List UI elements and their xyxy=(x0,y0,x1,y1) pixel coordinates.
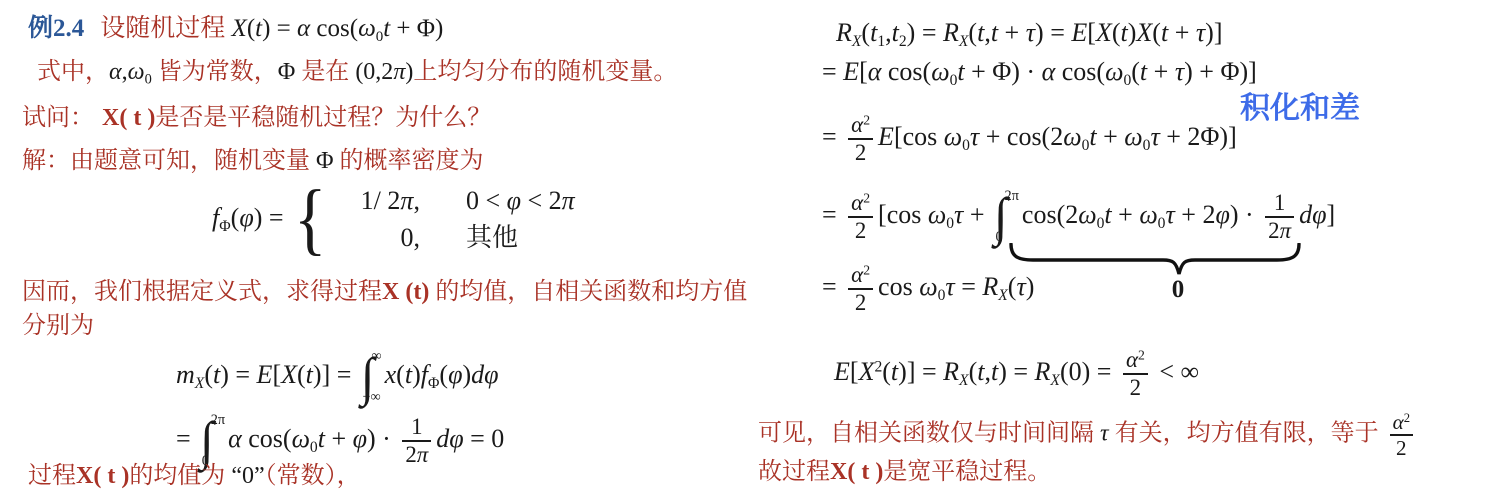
integral-sign: ∫ xyxy=(200,420,214,463)
math-token: R xyxy=(836,18,852,47)
math-token: t xyxy=(1104,200,1111,229)
math-token: φ xyxy=(448,360,462,389)
math-token: (0,2 xyxy=(355,59,393,85)
line-conclusion-observation: 可见，自相关函数仅与时间间隔 τ 有关，均方值有限，等于 α22 xyxy=(758,411,1418,459)
math-token: t xyxy=(1120,18,1127,47)
math-token: R xyxy=(943,18,959,47)
math-token: ( xyxy=(396,360,405,389)
math-token: φ xyxy=(1215,200,1229,229)
text-run: X (t) xyxy=(382,279,429,305)
text-run: 的均值为 xyxy=(129,463,231,489)
math-token: t xyxy=(405,360,412,389)
math-token: t xyxy=(957,57,964,86)
math-token: X xyxy=(195,375,205,392)
math-token: cos(2 xyxy=(1022,200,1078,229)
math-token: 0 xyxy=(946,215,954,232)
math-token: (0) = xyxy=(1060,357,1118,386)
math-token: ω xyxy=(1063,122,1081,151)
math-token: 1 xyxy=(411,414,422,439)
math-token: cos( xyxy=(310,15,358,42)
math-token: Φ xyxy=(219,218,230,235)
math-token: φ xyxy=(507,186,521,215)
math-token: ω xyxy=(128,59,145,85)
math-token: 2 xyxy=(899,33,907,50)
math-token: + xyxy=(325,424,353,453)
math-token: )] xyxy=(1205,18,1222,47)
math-token: ) xyxy=(462,360,471,389)
math-token: α xyxy=(228,424,242,453)
math-token: + 2Φ)] xyxy=(1160,122,1237,151)
math-token: α xyxy=(109,59,122,85)
math-token: + xyxy=(1168,18,1196,47)
math-token: + xyxy=(963,200,991,229)
math-token: ω xyxy=(1139,200,1157,229)
math-token: dφ xyxy=(471,360,498,389)
text-run: 是宽平稳过程。 xyxy=(883,459,1051,485)
math-token: 0 xyxy=(310,439,318,456)
math-token: ) = xyxy=(220,360,256,389)
math-token: α xyxy=(1393,410,1404,434)
math-token: α xyxy=(1042,57,1056,86)
math-token: cos( xyxy=(242,424,292,453)
math-token: X xyxy=(998,287,1008,304)
math-token: 2 xyxy=(863,112,870,127)
text-run: 设随机过程 xyxy=(100,15,231,42)
line-mean-conclusion: 过程X( t )的均值为 “0”（常数）， xyxy=(28,461,361,492)
math-token: τ xyxy=(945,272,954,301)
math-token: τ xyxy=(1196,18,1205,47)
math-token: “0” xyxy=(231,463,264,489)
math-token: ω xyxy=(931,57,949,86)
math-token: , xyxy=(413,186,420,215)
math-token: ) = xyxy=(907,18,943,47)
math-token: + Φ) · xyxy=(965,57,1042,86)
pdf-lhs: fΦ(φ) = xyxy=(212,201,284,237)
math-token: f xyxy=(421,360,428,389)
math-token: = 0 xyxy=(464,424,505,453)
math-token: = xyxy=(176,424,197,453)
line-parameters-note: 式中，α,ω0 皆为常数，Φ 是在 (0,2π)上均匀分布的随机变量。 xyxy=(37,57,677,89)
math-token: τ xyxy=(1175,57,1184,86)
pdf-case-condition: 其他 xyxy=(466,219,518,256)
math-token: m xyxy=(176,360,195,389)
math-token: [cos xyxy=(894,122,944,151)
math-token: = xyxy=(822,272,843,301)
formula-phi-pdf: fΦ(φ) = { 1/ 2π, 0 < φ < 2π 0, 其他 xyxy=(212,182,575,256)
math-token: E xyxy=(257,360,273,389)
fraction: α22 xyxy=(1390,411,1413,459)
pdf-case-row: 1/ 2π, 0 < φ < 2π xyxy=(332,182,575,219)
math-token: ] xyxy=(1326,200,1335,229)
math-token: E xyxy=(843,57,859,86)
math-token: α xyxy=(1126,347,1138,372)
math-token: Φ xyxy=(316,148,334,174)
math-token: E xyxy=(834,357,850,386)
math-token: 2 xyxy=(855,140,866,165)
math-token: X xyxy=(959,372,969,389)
text-run: 皆为常数， xyxy=(152,59,278,85)
math-token: ) = xyxy=(262,15,297,42)
math-token: E xyxy=(1071,18,1087,47)
math-token: ( xyxy=(882,357,891,386)
math-token: E xyxy=(878,122,894,151)
text-run: 解：由题意可知，随机变量 xyxy=(22,148,316,174)
pdf-case-value: 1/ 2π, xyxy=(332,182,420,219)
math-token: τ xyxy=(970,122,979,151)
pdf-case-row: 0, 其他 xyxy=(332,219,575,256)
math-token: X xyxy=(1096,18,1112,47)
text-run: 过程 xyxy=(28,463,76,489)
math-token: π xyxy=(417,442,428,467)
math-token: Φ xyxy=(278,59,296,85)
math-token: 0 xyxy=(145,72,152,88)
math-token: t xyxy=(892,18,899,47)
math-token: X xyxy=(1050,372,1060,389)
math-token: dφ xyxy=(436,424,463,453)
math-token: )] = xyxy=(313,360,358,389)
math-token: + xyxy=(998,18,1026,47)
math-token: = xyxy=(955,272,983,301)
formula-autocorr-definition: RX(t1,t2) = RX(t,t + τ) = E[X(t)X(t + τ)… xyxy=(836,16,1223,52)
pdf-case-condition: 0 < φ < 2π xyxy=(466,182,575,219)
math-token: [cos xyxy=(878,200,928,229)
math-token: [ xyxy=(850,357,859,386)
integral-sign: ∫ xyxy=(994,196,1008,239)
formula-autocorr-expectation: = α22E[cos ω0τ + cos(2ω0t + ω0τ + 2Φ)] xyxy=(822,113,1237,165)
math-token: + Φ) xyxy=(390,15,443,42)
line-solution-intro: 解：由题意可知，随机变量 Φ 的概率密度为 xyxy=(22,146,484,177)
integral-sign: ∫ xyxy=(361,356,375,399)
math-token: t xyxy=(1089,122,1096,151)
math-token: π xyxy=(1280,218,1291,243)
math-token: ( xyxy=(439,360,448,389)
curly-brace: { xyxy=(293,185,326,253)
math-token: ) + Φ)] xyxy=(1184,57,1257,86)
math-token: α xyxy=(868,57,882,86)
math-token: < ∞ xyxy=(1153,357,1199,386)
text-run: 的概率密度为 xyxy=(334,148,484,174)
math-token: 2 xyxy=(863,190,870,205)
line-question: 试问：X( t )是否是平稳随机过程？为什么？ xyxy=(22,103,491,134)
math-token: ( xyxy=(231,203,240,232)
text-run: X( t ) xyxy=(102,105,155,131)
text-run: 故过程 xyxy=(758,459,830,485)
formula-autocorr-result: = α22cos ω0τ = RX(τ) xyxy=(822,263,1034,315)
math-token: 2 xyxy=(405,442,416,467)
math-token: 2 xyxy=(855,290,866,315)
math-token: 0, xyxy=(400,223,420,252)
math-token: < 2 xyxy=(521,186,562,215)
math-token: ( xyxy=(1131,57,1140,86)
math-token: ω xyxy=(292,424,310,453)
formula-autocorr-integral: = α22[cos ω0τ + ∫2π0cos(2ω0t + ω0τ + 2φ)… xyxy=(822,189,1335,245)
math-token: )] = xyxy=(898,357,943,386)
math-token: + cos(2 xyxy=(979,122,1063,151)
math-token: R xyxy=(982,272,998,301)
math-token: 2 xyxy=(1268,218,1279,243)
math-token: + xyxy=(1147,57,1175,86)
math-token: ( xyxy=(204,360,213,389)
math-token: [ xyxy=(859,57,868,86)
text-run: 是否是平稳随机过程？为什么？ xyxy=(155,105,491,131)
fraction: 12π xyxy=(1265,191,1294,243)
math-token: X xyxy=(232,15,247,42)
math-token: 2 xyxy=(1130,375,1141,400)
text-run: 因而，我们根据定义式，求得过程 xyxy=(22,279,382,305)
math-token: t xyxy=(991,18,998,47)
math-token: + xyxy=(1112,200,1140,229)
math-token: π xyxy=(562,186,575,215)
formula-mean-square: E[X2(t)] = RX(t,t) = RX(0) = α22 < ∞ xyxy=(834,348,1199,400)
math-token: τ xyxy=(954,200,963,229)
math-token: ω xyxy=(1124,122,1142,151)
pdf-case-value: 0, xyxy=(332,219,420,256)
math-token: π xyxy=(393,59,405,85)
paragraph-mean-autocorr-intro: 因而，我们根据定义式，求得过程X (t) 的均值，自相关函数和均方值分别为 xyxy=(22,275,750,343)
math-token: α xyxy=(297,15,310,42)
math-token: X xyxy=(281,360,297,389)
text-run: 可见，自相关函数仅与时间间隔 xyxy=(758,421,1100,447)
text-run: 上均匀分布的随机变量。 xyxy=(413,59,677,85)
math-token: t xyxy=(318,424,325,453)
math-token: X xyxy=(1136,18,1152,47)
math-token: ( xyxy=(1152,18,1161,47)
math-token: x xyxy=(385,360,397,389)
math-token: X xyxy=(859,357,875,386)
math-token: ) · xyxy=(367,424,397,453)
math-token: ) = xyxy=(1035,18,1071,47)
math-token: ( xyxy=(969,357,978,386)
math-token: X xyxy=(852,33,862,50)
text-run: （常数）， xyxy=(265,463,361,489)
integral: ∫∞−∞ xyxy=(361,349,382,405)
math-token: 1 xyxy=(877,33,885,50)
math-token: 2 xyxy=(1396,436,1407,460)
text-run: 式中， xyxy=(37,59,109,85)
math-token: ω xyxy=(919,272,937,301)
math-token: + xyxy=(1097,122,1125,151)
math-token: ω xyxy=(1105,57,1123,86)
fraction: α22 xyxy=(848,113,873,165)
fraction: α22 xyxy=(848,263,873,315)
slide-example-2-4: 例2.4设随机过程 X(t) = α cos(ω0t + Φ) 式中，α,ω0 … xyxy=(0,0,1490,501)
text-run: 有关，均方值有限，等于 xyxy=(1109,421,1385,447)
math-token: ) = xyxy=(254,203,284,232)
example-header-line: 例2.4设随机过程 X(t) = α cos(ω0t + Φ) xyxy=(28,13,443,47)
math-token: cos( xyxy=(1055,57,1105,86)
text-run: 例2.4 xyxy=(28,15,84,42)
label-product-to-sum: 积化和差 xyxy=(1240,89,1360,128)
math-token: 其他 xyxy=(466,223,518,252)
math-token: cos xyxy=(878,272,919,301)
formula-mean-definition: mX(t) = E[X(t)] = ∫∞−∞x(t)fΦ(φ)dφ xyxy=(176,349,499,405)
fraction: 12π xyxy=(402,415,431,467)
math-token: ω xyxy=(944,122,962,151)
math-token: ( xyxy=(968,18,977,47)
text-run: X( t ) xyxy=(830,459,883,485)
math-token: 0 xyxy=(962,137,970,154)
formula-autocorr-expanded: = E[α cos(ω0t + Φ) · α cos(ω0(t + τ) + Φ… xyxy=(822,55,1257,91)
math-token: α xyxy=(851,112,863,137)
math-token: 0 < xyxy=(466,186,507,215)
math-token: φ xyxy=(353,424,367,453)
math-token: = xyxy=(822,122,843,151)
fraction: α22 xyxy=(848,191,873,243)
math-token: τ xyxy=(1165,200,1174,229)
pdf-cases: 1/ 2π, 0 < φ < 2π 0, 其他 xyxy=(332,182,575,256)
text-run: 是在 xyxy=(295,59,355,85)
math-token: 1 xyxy=(1274,190,1285,215)
math-token: cos( xyxy=(881,57,931,86)
math-token: τ xyxy=(1026,18,1035,47)
math-token: t xyxy=(306,360,313,389)
math-token: 2 xyxy=(855,218,866,243)
math-token: dφ xyxy=(1299,200,1326,229)
math-token: ω xyxy=(1078,200,1096,229)
math-token: ω xyxy=(358,15,376,42)
math-token: π xyxy=(400,186,413,215)
math-token: ( xyxy=(297,360,306,389)
math-token: α xyxy=(851,190,863,215)
math-token: ω xyxy=(928,200,946,229)
math-token: = xyxy=(822,200,843,229)
underbrace-zero-label: 0 xyxy=(1158,274,1198,307)
math-token: 2 xyxy=(1138,347,1145,362)
underbrace xyxy=(1007,243,1303,277)
math-token: φ xyxy=(239,203,253,232)
math-token: α xyxy=(851,262,863,287)
math-token: X xyxy=(959,33,969,50)
math-token: τ xyxy=(1150,122,1159,151)
math-token: [ xyxy=(1087,18,1096,47)
math-token: 2 xyxy=(1404,411,1410,425)
line-conclusion-final: 故过程X( t )是宽平稳过程。 xyxy=(758,457,1051,488)
math-token: Φ xyxy=(428,375,439,392)
math-token: = xyxy=(822,57,843,86)
math-token: 2 xyxy=(863,262,870,277)
math-token: + 2 xyxy=(1175,200,1216,229)
math-token: ( xyxy=(247,15,255,42)
math-token: 1/ 2 xyxy=(361,186,401,215)
math-token: ) = xyxy=(998,357,1034,386)
fraction: α22 xyxy=(1123,348,1148,400)
math-token: ) · xyxy=(1230,200,1260,229)
integral: ∫2π0 xyxy=(994,189,1019,245)
math-token: [ xyxy=(272,360,281,389)
math-token: ( xyxy=(861,18,870,47)
math-token: R xyxy=(1035,357,1051,386)
text-run: X( t ) xyxy=(76,463,129,489)
text-run: 试问： xyxy=(22,105,94,131)
math-token: τ xyxy=(1100,421,1109,447)
math-token: ) xyxy=(412,360,421,389)
math-token: R xyxy=(943,357,959,386)
